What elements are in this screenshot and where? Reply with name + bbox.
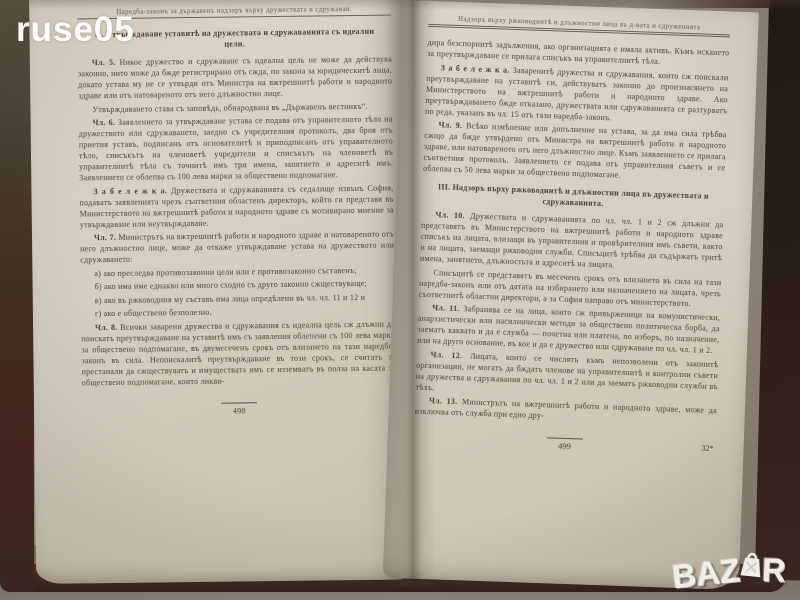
article-number: Чл. 12.	[430, 350, 462, 360]
paragraph-text: б) ако има име еднакво или много сходно …	[95, 279, 367, 291]
left-page-number: 498	[221, 402, 257, 415]
article-number: Чл. 13.	[429, 396, 458, 406]
signature-mark: 32*	[701, 444, 713, 453]
paragraph: Чл. 7. Министрътъ на вжтрешнитѣ работи и…	[80, 229, 394, 266]
paragraph-text: Забранява се на лица, които сж привържен…	[417, 304, 720, 355]
bazar-logo-text-right: R	[762, 553, 787, 587]
article-number: Чл. 8.	[95, 322, 117, 331]
paragraph-text: Списъцитѣ се представятъ въ месеченъ сро…	[419, 268, 722, 308]
article-number: Чл. 10.	[435, 210, 465, 220]
left-page-footer: 498	[82, 400, 396, 417]
paragraph-text: в) ако въ ржководния му съставъ има лица…	[95, 292, 365, 304]
paragraph-text: а) ако преследва противозаконни цели или…	[94, 266, 356, 278]
left-page-text: II. Утвърждаване уставитѣ на дружествата…	[77, 26, 395, 388]
paragraph: III. Надзоръ върху ржководнитѣ и длъжнос…	[432, 181, 715, 213]
paragraph: Чл. 5. Никое дружество и сдружаване съ и…	[78, 54, 393, 102]
bazar-logo-text-left: BAZ	[671, 553, 742, 593]
paragraph: Чл. 6. Заявлението за утвърждаване устав…	[79, 114, 394, 184]
paragraph: З а б е л е ж к а. Дружествата и сдружав…	[79, 182, 394, 230]
right-page-footer: 499 32*	[413, 433, 715, 457]
article-number: Чл. 6.	[93, 118, 116, 127]
paragraph-text: дира безспорнитѣ задължения, ако организ…	[427, 38, 730, 66]
article-number: Чл. 11.	[432, 303, 460, 313]
paragraph-text: Никое дружество и сдружаване съ идеална …	[78, 55, 392, 101]
paragraph: Чл. 8. Всички заварени дружества и сдруж…	[81, 318, 396, 388]
paragraph: Чл. 11. Забранява се на лица, които сж п…	[417, 302, 720, 357]
paragraph: Утвърждаването става съ заповѣдь, обнаро…	[78, 100, 392, 115]
paragraph-text: Дружествата и сдружаванията по чл. чл. 1…	[420, 211, 724, 269]
right-running-header: Надзоръ върху ржководнитѣ и длъжностни л…	[428, 15, 730, 38]
paragraph: в) ако въ ржководния му съставъ има лица…	[81, 291, 395, 306]
paragraph-text: Всички заварени дружества и сдружавания …	[81, 319, 395, 387]
book-cover-left-edge	[0, 0, 34, 592]
paragraph: Чл. 10. Дружествата и сдружаванията по ч…	[420, 209, 724, 275]
paragraph-text: г) ако е обществено безполезно.	[95, 308, 212, 318]
paragraph: Чл. 12. Лицата, които се числятъ къмъ не…	[415, 348, 718, 403]
paragraph-text: III. Надзоръ върху ржководнитѣ и длъжнос…	[438, 182, 709, 208]
paragraph-text: Заявлението за утвърждаване устава се по…	[79, 115, 393, 183]
paragraph: З а б е л е ж к а. Заваренитѣ дружества …	[425, 61, 729, 127]
bazar-logo: BAZR	[672, 551, 787, 590]
article-number: Чл. 9.	[439, 120, 463, 130]
paragraph-text: Министрътъ на вжтрешнитѣ работи и народн…	[80, 230, 394, 265]
paragraph-text: Всѣко измѣнение или допълнение на устава…	[423, 121, 727, 179]
article-number: З а б е л е ж к а.	[93, 186, 167, 196]
book-cover-top-edge	[640, 0, 770, 8]
paragraph: Чл. 9. Всѣко измѣнение или допълнение на…	[423, 119, 727, 185]
article-number: Чл. 7.	[94, 233, 116, 242]
paragraph: б) ако има име еднакво или много сходно …	[81, 278, 395, 293]
paragraph-text: Заваренитѣ дружества и сдружавания, коит…	[425, 65, 729, 121]
right-page-number: 499	[546, 437, 582, 451]
right-page: Надзоръ върху ржководнитѣ и длъжностни л…	[383, 0, 759, 590]
left-page: Наредба-законъ за държавенъ надзоръ върх…	[29, 0, 410, 584]
article-number: З а б е л е ж к а.	[441, 63, 510, 74]
book-photo: Наредба-законъ за държавенъ надзоръ върх…	[0, 0, 800, 600]
seller-watermark: ruse05	[16, 10, 135, 50]
paragraph-text: II. Утвърждаване уставитѣ на дружествата…	[95, 27, 375, 49]
paragraph: а) ако преследва противозаконни цели или…	[80, 264, 394, 279]
book-cover-right-edge	[755, 0, 800, 580]
right-page-text: дира безспорнитѣ задължения, ако организ…	[414, 37, 729, 427]
article-number: Чл. 5.	[92, 58, 116, 67]
paragraph: г) ако е обществено безполезно.	[81, 305, 395, 320]
paragraph-text: Утвърждаването става съ заповѣдь, обнаро…	[92, 101, 367, 113]
